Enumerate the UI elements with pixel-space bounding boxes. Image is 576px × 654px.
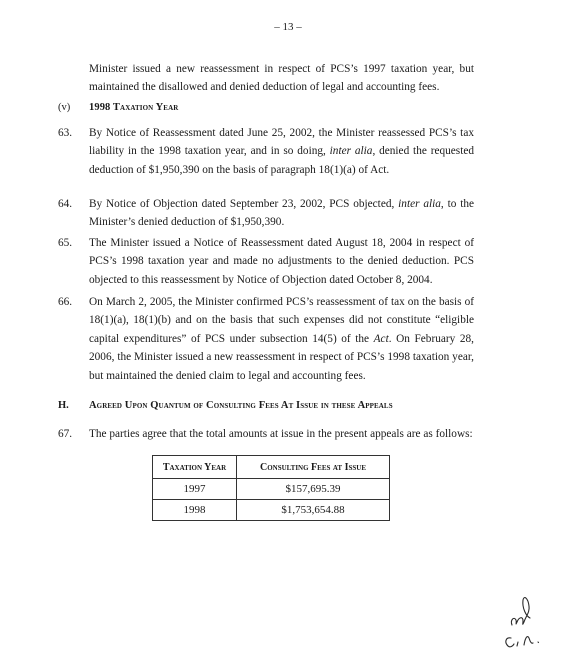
italic-segment: inter alia (398, 198, 441, 210)
paragraph-64: 64. By Notice of Objection dated Septemb… (58, 195, 474, 232)
section-h-label: H. (58, 397, 69, 415)
section-h-heading: H. Agreed Upon Quantum of Consulting Fee… (58, 397, 474, 415)
paragraph-text: The Minister issued a Notice of Reassess… (89, 234, 474, 289)
cell-year: 1998 (153, 500, 237, 521)
table-header-row: Taxation Year Consulting Fees at Issue (153, 456, 390, 479)
paragraph-text: The parties agree that the total amounts… (89, 425, 474, 443)
paragraph-number: 65. (58, 234, 72, 252)
paragraph-text: On March 2, 2005, the Minister confirmed… (89, 293, 474, 385)
table-row: 1998 $1,753,654.88 (153, 500, 390, 521)
paragraph-67: 67. The parties agree that the total amo… (58, 425, 474, 443)
page-number: – 13 – (0, 21, 576, 33)
italic-segment: Act (374, 333, 389, 345)
paragraph-65: 65. The Minister issued a Notice of Reas… (58, 234, 474, 289)
cell-year: 1997 (153, 479, 237, 500)
cell-amount: $1,753,654.88 (237, 500, 390, 521)
paragraph-number: 66. (58, 293, 72, 311)
paragraph-number: 67. (58, 425, 72, 443)
section-v-heading: (v) 1998 Taxation Year (58, 99, 474, 117)
column-header-taxation-year: Taxation Year (153, 456, 237, 479)
paragraph-63: 63. By Notice of Reassessment dated June… (58, 124, 474, 179)
paragraph-text: By Notice of Objection dated September 2… (89, 195, 474, 232)
text-segment: By Notice of Objection dated September 2… (89, 198, 398, 210)
paragraph-text: By Notice of Reassessment dated June 25,… (89, 124, 474, 179)
paragraph-number: 63. (58, 124, 72, 142)
section-v-title: 1998 Taxation Year (89, 99, 474, 117)
italic-segment: inter alia (330, 145, 373, 157)
table-row: 1997 $157,695.39 (153, 479, 390, 500)
cell-amount: $157,695.39 (237, 479, 390, 500)
section-v-label: (v) (58, 99, 70, 117)
column-header-consulting-fees: Consulting Fees at Issue (237, 456, 390, 479)
consulting-fees-table: Taxation Year Consulting Fees at Issue 1… (152, 455, 390, 521)
handwritten-initials (500, 582, 570, 654)
continuation-paragraph: Minister issued a new reassessment in re… (58, 60, 474, 97)
paragraph-number: 64. (58, 195, 72, 213)
text-segment: The Minister issued a Notice of Reassess… (89, 237, 474, 286)
continuation-text: Minister issued a new reassessment in re… (89, 60, 474, 97)
section-h-title: Agreed Upon Quantum of Consulting Fees A… (89, 397, 474, 415)
paragraph-66: 66. On March 2, 2005, the Minister confi… (58, 293, 474, 385)
